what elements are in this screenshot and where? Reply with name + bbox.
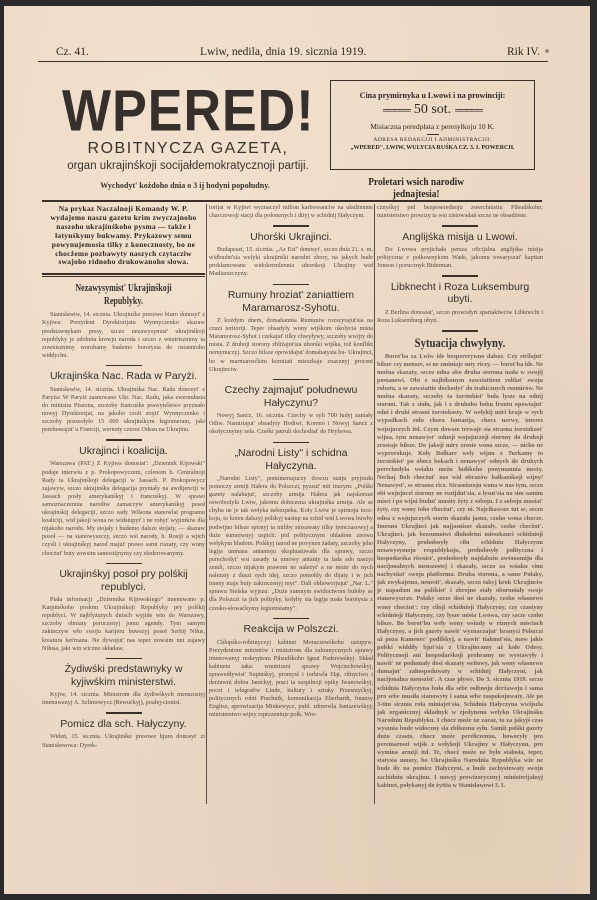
divider	[273, 225, 309, 227]
article-headline: Ukrajinśkyj posoł pry polśkij republyci.	[42, 568, 205, 593]
masthead-subtitle: ROBITNYCZA GAZETA,	[68, 140, 308, 158]
article-headline: Rumuny hroziat' zaniattiem Maramarosz-Sy…	[209, 289, 373, 314]
article-headline: Anglijśka misija u Lwowi.	[377, 231, 543, 244]
divider	[273, 618, 309, 620]
article-body: Stanisławiw, 14. sicznia. Ukrajinśke pre…	[42, 311, 205, 360]
article-continuation: cznyśkyj pid bezposerednoju zwerchnistiu…	[377, 204, 543, 220]
masthead-rule	[42, 200, 542, 202]
ink-speck	[545, 49, 549, 53]
divider	[106, 658, 142, 660]
masthead-title: WPERED!	[62, 78, 312, 145]
article-headline: „Narodni Listy" i schidna Hałyczyna.	[209, 447, 373, 472]
column-1: Na prykaz Naczalnoji Komandy W. P. wydaj…	[42, 204, 205, 890]
column-2: torijat w Kyjiwi wyznaczył milion karbow…	[209, 204, 373, 890]
article-headline: Uhorśki Ukrajinci.	[209, 231, 373, 244]
publication-schedule: Wychodyt' kożdoho dnia o 3 ij hodyni pop…	[70, 181, 300, 190]
price-value: 50 sot.	[331, 102, 534, 118]
editorial-address: „WPERED", LWIW, WULYCIA RUŚKA CZ. 3. I. …	[331, 145, 534, 151]
article-headline: Pomicz dla sch. Hałyczyny.	[42, 718, 205, 731]
editorial-notice: Na prykaz Naczalnoji Komandy W. P. wydaj…	[42, 204, 205, 271]
address-label: ADRESA REDAKCIJI I ADMINISTRACIJI:	[331, 137, 534, 143]
article-headline: Ukrajinci i koalicija.	[42, 445, 205, 458]
subscription-price: Misiaczna peredpłata z peresyłkoju 10 K.	[331, 122, 534, 131]
divider	[106, 439, 142, 441]
article-body: Wideń, 15. sicznia. Ukrajinśke presowe b…	[42, 733, 205, 749]
article-body: Kyjiw, 14. sicznia. Ministrom dla żydiwś…	[42, 691, 205, 707]
double-rule	[42, 273, 205, 277]
column-divider	[374, 204, 375, 804]
column-3: cznyśkyj pid bezposerednoju zwerchnistiu…	[377, 204, 543, 890]
divider	[442, 275, 478, 277]
article-headline: Ukrajinśka Nac. Rada w Paryżi.	[42, 370, 205, 383]
article-headline: Czechy zajmajut' połudnewu Hałyczynu?	[209, 384, 373, 409]
article-body: Stanisławiw, 14. sicznia. Ukrajinśka Nac…	[42, 386, 205, 435]
column-divider	[206, 204, 207, 804]
article-continuation: torijat w Kyjiwi wyznaczył milion karbow…	[209, 204, 373, 220]
divider	[273, 284, 309, 286]
price-box: Cina prymirnyka u Lwowi i na prowincijі:…	[330, 80, 535, 170]
article-body: Chłopśko-robitnyczyj kabinet Moraczewśko…	[209, 639, 373, 720]
divider	[106, 712, 142, 714]
article-body: Z Berlina donosiat', szczo prowodyri spa…	[377, 309, 543, 325]
article-body: Nowyj Sancz, 16. sicznia. Czechy w syli …	[209, 412, 373, 436]
divider	[106, 563, 142, 565]
article-headline: Reakcija w Polszczi.	[209, 623, 373, 636]
article-headline: Libknecht i Roza Luksemburg ubyti.	[377, 281, 543, 306]
divider	[427, 134, 439, 135]
article-headline: Nezawysymist' Ukrajinśkoji Republyky.	[58, 283, 188, 308]
divider	[273, 442, 309, 444]
divider	[442, 225, 478, 227]
article-body: Warszawa (PAT.) Z Kyjiwa donosiat': „Dzi…	[42, 460, 205, 557]
article-body: Piała informacji „Dziennika Kijowskiego"…	[42, 596, 205, 653]
article-body: Z kożdym dnem, domahannia Rumuniw rozszy…	[209, 317, 373, 374]
article-body: „Narodni Listy", pomimenujuczy dowzu sta…	[209, 475, 373, 613]
slogan: Proletari wsich narodiw jednajtesia!	[346, 176, 486, 202]
year-volume: Rik IV.	[507, 46, 540, 58]
divider	[273, 379, 309, 381]
article-body: Borot'ba za Lwiw ide bezpererywno dalsze…	[377, 353, 543, 790]
dateline: Lwiw, nedila, dnia 19. sicznia 1919.	[200, 46, 366, 58]
divider	[442, 330, 478, 332]
divider	[106, 365, 142, 367]
price-label: Cina prymirnyka u Lwowi i na prowincijі:	[331, 91, 534, 100]
dateline-bar: Cz. 41. Lwiw, nedila, dnia 19. sicznia 1…	[38, 46, 548, 62]
article-body: Do Lwowa pryjichała persza oficijalna an…	[377, 246, 543, 270]
article-headline: Żydiwśki predstawnyky w kyjiwśkim minist…	[42, 663, 205, 688]
masthead-organ: organ ukrajinśkoji socijałdemokratycznoj…	[48, 160, 328, 172]
article-headline: Sytuacija chwyłyny.	[392, 336, 528, 350]
issue-number: Cz. 41.	[56, 46, 89, 58]
article-body: Budapeszt, 15. sicznia. „Az Est" donosyt…	[209, 246, 373, 278]
